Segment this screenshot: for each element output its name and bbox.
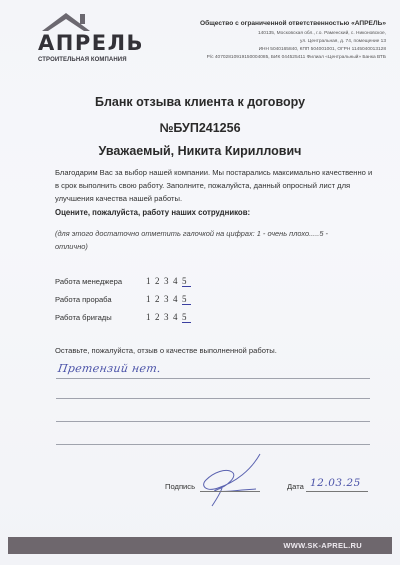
website-link[interactable]: WWW.SK-APREL.RU xyxy=(283,541,362,550)
rating-option-4[interactable]: 4 xyxy=(173,294,182,304)
comment-line[interactable] xyxy=(56,444,370,445)
form-title: Бланк отзыва клиента к договору xyxy=(0,95,400,109)
date-value[interactable]: 12.03.25 xyxy=(310,477,361,489)
rating-option-4[interactable]: 4 xyxy=(173,312,182,322)
rating-option-3[interactable]: 3 xyxy=(164,312,173,322)
date-label: Дата xyxy=(287,482,304,491)
date-line xyxy=(306,491,368,492)
comment-line[interactable] xyxy=(56,378,370,379)
footer-bar: WWW.SK-APREL.RU xyxy=(8,537,392,554)
rating-option-2[interactable]: 2 xyxy=(155,294,164,304)
requisite-line: ИНН 5040165840, КПП 504001001, ОГРН 1145… xyxy=(200,46,386,54)
comment-line[interactable] xyxy=(56,398,370,399)
intro-paragraph: Благодарим Вас за выбор нашей компании. … xyxy=(55,166,375,205)
signature-label: Подпись xyxy=(165,482,195,491)
rating-label: Работа бригады xyxy=(55,313,112,322)
comment-label: Оставьте, пожалуйста, отзыв о качестве в… xyxy=(55,346,277,355)
rating-option-5-selected[interactable]: 5 xyxy=(182,312,191,323)
rating-option-3[interactable]: 3 xyxy=(164,276,173,286)
signature-line xyxy=(200,491,260,492)
rating-scale: 12345 xyxy=(146,312,191,323)
rating-heading: Оцените, пожалуйста, работу наших сотруд… xyxy=(55,208,250,217)
company-logo: АПРЕЛЬ СТРОИТЕЛЬНАЯ КОМПАНИЯ xyxy=(36,10,146,60)
requisite-line: ул. Центральная, д. 74, помещение 13 xyxy=(200,38,386,46)
rating-label: Работа прораба xyxy=(55,295,112,304)
rating-option-1[interactable]: 1 xyxy=(146,312,155,322)
signature-scribble-icon[interactable] xyxy=(196,452,266,507)
rating-scale: 12345 xyxy=(146,276,191,287)
comment-handwritten-text[interactable]: Претензий нет. xyxy=(57,362,162,375)
rating-option-3[interactable]: 3 xyxy=(164,294,173,304)
house-roof-icon xyxy=(40,10,100,32)
rating-option-4[interactable]: 4 xyxy=(173,276,182,286)
rating-option-1[interactable]: 1 xyxy=(146,294,155,304)
logo-subtitle: СТРОИТЕЛЬНАЯ КОМПАНИЯ xyxy=(38,57,127,63)
feedback-form-page: АПРЕЛЬ СТРОИТЕЛЬНАЯ КОМПАНИЯ Общество с … xyxy=(0,0,400,565)
rating-option-5-selected[interactable]: 5 xyxy=(182,276,191,287)
requisite-line: Р/с 40702810919150004085, БИК 044525411 … xyxy=(200,54,386,62)
rating-option-1[interactable]: 1 xyxy=(146,276,155,286)
rating-option-2[interactable]: 2 xyxy=(155,276,164,286)
rating-option-2[interactable]: 2 xyxy=(155,312,164,322)
comment-line[interactable] xyxy=(56,421,370,422)
company-requisites: Общество с ограниченной ответственностью… xyxy=(200,20,386,62)
requisite-line: 140135, Московская обл., г.о. Раменский,… xyxy=(200,30,386,38)
rating-option-5-selected[interactable]: 5 xyxy=(182,294,191,305)
rating-label: Работа менеджера xyxy=(55,277,122,286)
rating-hint: (для этого достаточно отметить галочкой … xyxy=(55,227,345,253)
client-greeting: Уважаемый, Никита Кириллович xyxy=(0,144,400,158)
logo-name: АПРЕЛЬ xyxy=(38,31,144,55)
org-name: Общество с ограниченной ответственностью… xyxy=(200,20,386,27)
contract-number: №БУП241256 xyxy=(0,121,400,135)
rating-scale: 12345 xyxy=(146,294,191,305)
